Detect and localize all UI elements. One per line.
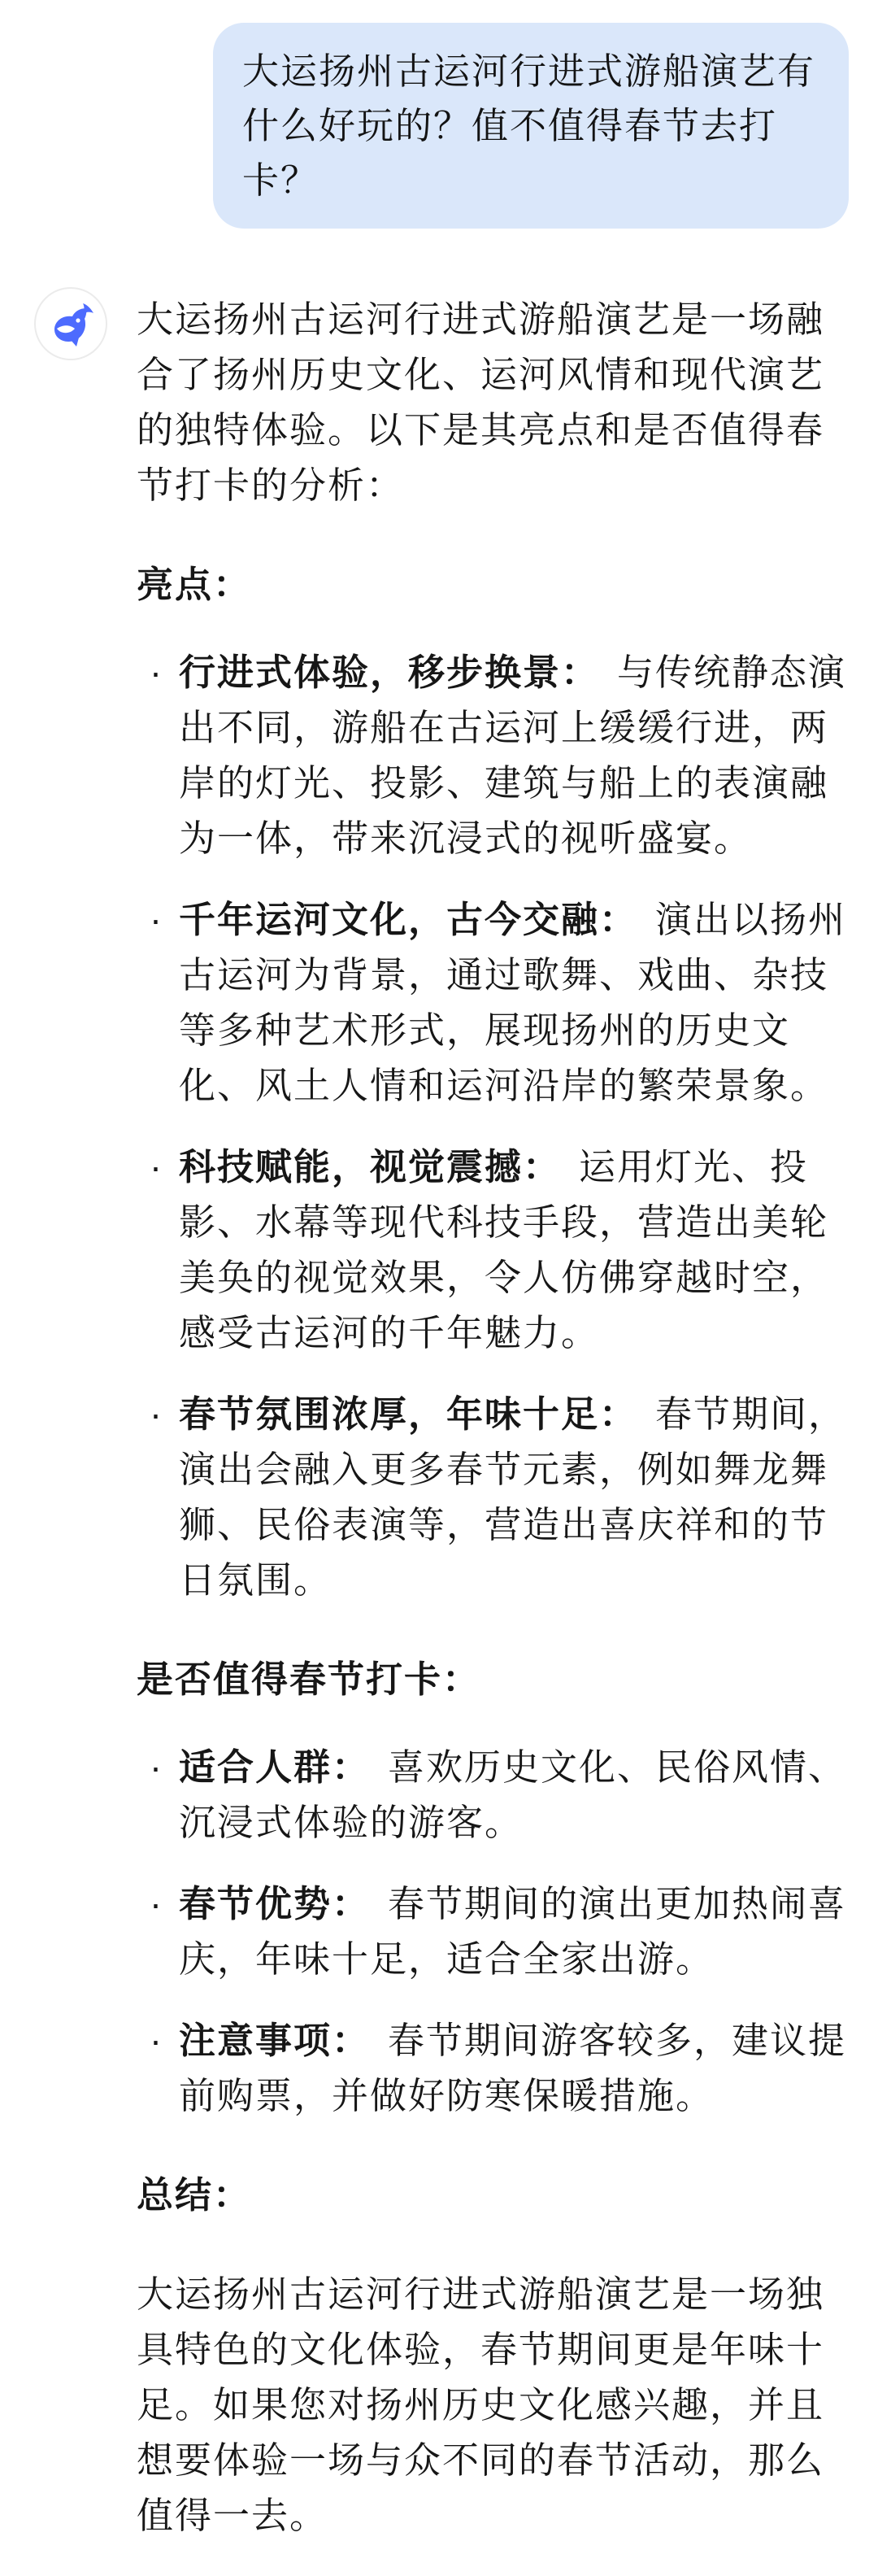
bullet-lead: 春节优势：	[179, 1883, 370, 1924]
deepseek-whale-icon	[46, 299, 95, 348]
highlights-heading: 亮点：	[137, 557, 849, 612]
bullet-icon: ·	[150, 892, 163, 948]
summary-paragraph: 大运扬州古运河行进式游船演艺是一场独具特色的文化体验，春节期间更是年味十足。如果…	[137, 2267, 849, 2543]
assistant-reply: 大运扬州古运河行进式游船演艺是一场融合了扬州历史文化、运河风情和现代演艺的独特体…	[137, 287, 849, 2543]
assistant-message-row: 大运扬州古运河行进式游船演艺是一场融合了扬州历史文化、运河风情和现代演艺的独特体…	[0, 287, 878, 2576]
list-item: ·千年运河文化，古今交融：演出以扬州古运河为背景，通过歌舞、戏曲、杂技等多种艺术…	[137, 892, 849, 1114]
list-item: ·行进式体验，移步换景：与传统静态演出不同，游船在古运河上缓缓行进，两岸的灯光、…	[137, 645, 849, 866]
bullet-icon: ·	[150, 645, 163, 700]
bullet-lead: 行进式体验，移步换景：	[179, 652, 599, 693]
bullet-icon: ·	[150, 1140, 163, 1195]
bullet-icon: ·	[150, 2013, 163, 2068]
bullet-lead: 科技赋能，视觉震撼：	[179, 1146, 561, 1188]
worth-visiting-heading: 是否值得春节打卡：	[137, 1652, 849, 1707]
list-item: ·春节优势：春节期间的演出更加热闹喜庆，年味十足，适合全家出游。	[137, 1876, 849, 1987]
bullet-icon: ·	[150, 1387, 163, 1442]
bullet-lead: 适合人群：	[179, 1746, 370, 1788]
assistant-avatar	[34, 287, 107, 360]
bullet-icon: ·	[150, 1740, 163, 1795]
bullet-lead: 千年运河文化，古今交融：	[179, 899, 637, 940]
bullet-icon: ·	[150, 1876, 163, 1932]
worth-visiting-list: ·适合人群：喜欢历史文化、民俗风情、沉浸式体验的游客。 ·春节优势：春节期间的演…	[137, 1740, 849, 2124]
bullet-lead: 注意事项：	[179, 2020, 370, 2061]
user-message-row: 大运扬州古运河行进式游船演艺有什么好玩的？值不值得春节去打卡？	[0, 0, 878, 229]
user-message-bubble: 大运扬州古运河行进式游船演艺有什么好玩的？值不值得春节去打卡？	[213, 23, 849, 229]
chat-page: 大运扬州古运河行进式游船演艺有什么好玩的？值不值得春节去打卡？	[0, 0, 878, 2576]
list-item: ·注意事项：春节期间游客较多，建议提前购票，并做好防寒保暖措施。	[137, 2013, 849, 2124]
highlights-list: ·行进式体验，移步换景：与传统静态演出不同，游船在古运河上缓缓行进，两岸的灯光、…	[137, 645, 849, 1608]
summary-heading: 总结：	[137, 2168, 849, 2223]
reply-intro-paragraph: 大运扬州古运河行进式游船演艺是一场融合了扬州历史文化、运河风情和现代演艺的独特体…	[137, 292, 849, 513]
list-item: ·适合人群：喜欢历史文化、民俗风情、沉浸式体验的游客。	[137, 1740, 849, 1850]
list-item: ·春节氛围浓厚，年味十足：春节期间，演出会融入更多春节元素，例如舞龙舞狮、民俗表…	[137, 1387, 849, 1608]
list-item: ·科技赋能，视觉震撼：运用灯光、投影、水幕等现代科技手段，营造出美轮美奂的视觉效…	[137, 1140, 849, 1361]
bullet-lead: 春节氛围浓厚，年味十足：	[179, 1393, 637, 1435]
